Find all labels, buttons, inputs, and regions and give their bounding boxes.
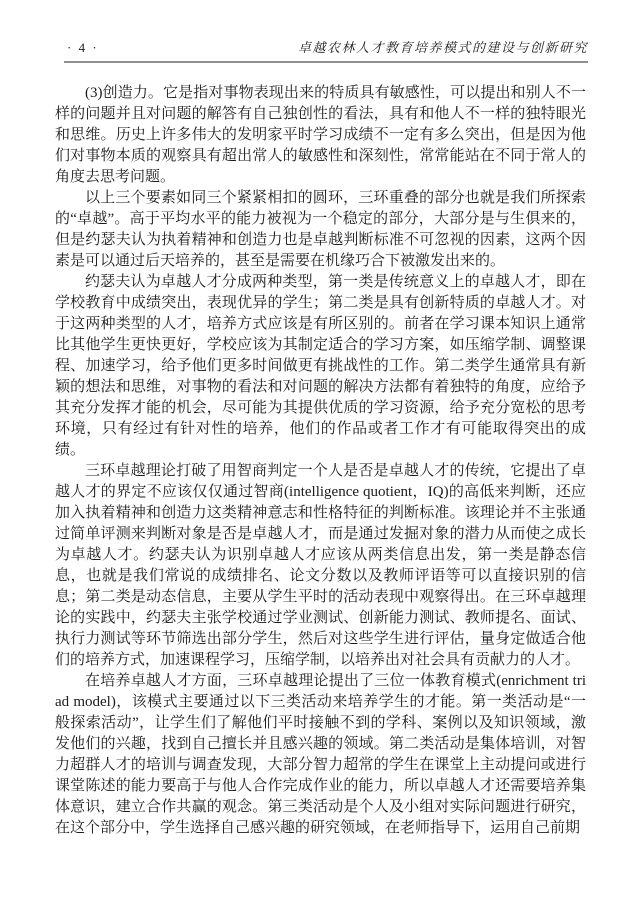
body-paragraph: 约瑟夫认为卓越人才分成两种类型，第一类是传统意义上的卓越人才，即在学校教育中成绩…	[55, 272, 586, 461]
body-paragraph: 以上三个要素如同三个紧紧相扣的圆环，三环重叠的部分也就是我们所探索的“卓越”。高…	[55, 188, 586, 272]
page-header: · 4 · 卓越农林人才教育培养模式的建设与创新研究	[64, 37, 588, 63]
page-number: · 4 ·	[64, 40, 99, 56]
page-body: (3)创造力。它是指对事物表现出来的特质具有敏感性，可以提出和别人不一样的问题并…	[55, 83, 586, 839]
body-paragraph: 三环卓越理论打破了用智商判定一个人是否是卓越人才的传统，它提出了卓越人才的界定不…	[55, 461, 586, 671]
running-title: 卓越农林人才教育培养模式的建设与创新研究	[298, 37, 588, 56]
body-paragraph: (3)创造力。它是指对事物表现出来的特质具有敏感性，可以提出和别人不一样的问题并…	[55, 83, 586, 188]
body-paragraph: 在培养卓越人才方面，三环卓越理论提出了三位一体教育模式(enrichment t…	[55, 671, 586, 839]
book-page: · 4 · 卓越农林人才教育培养模式的建设与创新研究 (3)创造力。它是指对事物…	[0, 0, 638, 902]
